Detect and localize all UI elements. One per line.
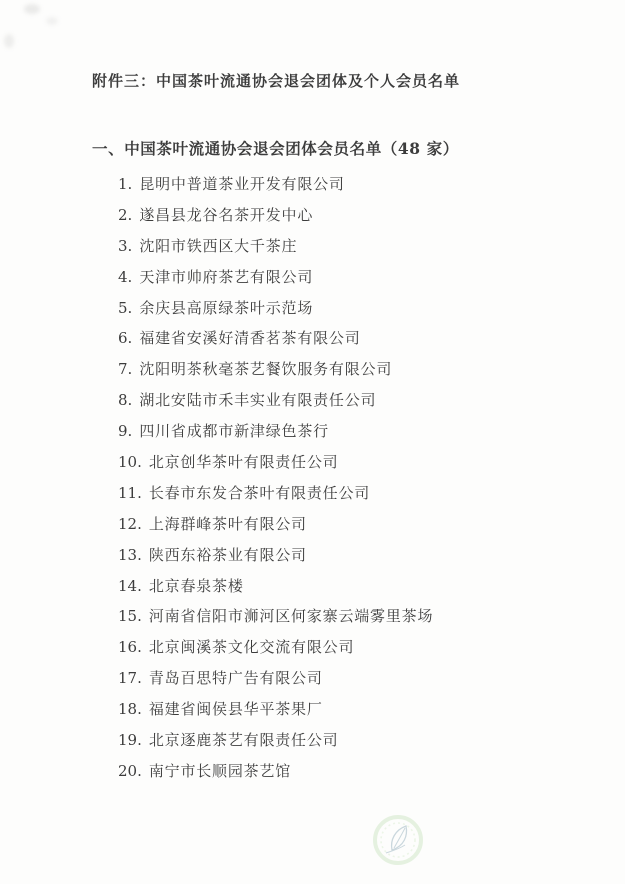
member-number: 10. bbox=[118, 453, 142, 471]
member-number: 13. bbox=[118, 546, 142, 564]
member-number: 20. bbox=[118, 762, 142, 780]
member-number: 2. bbox=[118, 206, 132, 224]
member-name: 上海群峰茶叶有限公司 bbox=[149, 515, 307, 533]
member-row: 4.天津市帅府茶艺有限公司 bbox=[118, 262, 433, 293]
member-row: 9.四川省成都市新津绿色茶行 bbox=[118, 416, 433, 447]
member-row: 7.沈阳明茶秋毫茶艺餐饮服务有限公司 bbox=[118, 354, 433, 385]
member-name: 陕西东裕茶业有限公司 bbox=[149, 546, 307, 564]
member-row: 8.湖北安陆市禾丰实业有限责任公司 bbox=[118, 385, 433, 416]
member-number: 9. bbox=[118, 422, 132, 440]
member-name: 北京春泉茶楼 bbox=[149, 577, 244, 595]
tea-leaf-stamp-icon bbox=[371, 813, 425, 867]
document-title: 附件三：中国茶叶流通协会退会团体及个人会员名单 bbox=[92, 70, 460, 91]
member-row: 6.福建省安溪好清香茗茶有限公司 bbox=[118, 323, 433, 354]
member-name: 福建省闽侯县华平茶果厂 bbox=[149, 700, 323, 718]
member-name: 南宁市长顺园茶艺馆 bbox=[149, 762, 291, 780]
scan-smudge bbox=[24, 4, 40, 14]
member-number: 6. bbox=[118, 329, 132, 347]
member-name: 北京创华茶叶有限责任公司 bbox=[149, 453, 339, 471]
section-heading: 一、中国茶叶流通协会退会团体会员名单（48 家） bbox=[92, 137, 459, 159]
member-row: 5.余庆县高原绿茶叶示范场 bbox=[118, 293, 433, 324]
member-row: 12.上海群峰茶叶有限公司 bbox=[118, 509, 433, 540]
member-row: 20.南宁市长顺园茶艺馆 bbox=[118, 756, 433, 787]
member-number: 14. bbox=[118, 577, 142, 595]
member-name: 余庆县高原绿茶叶示范场 bbox=[139, 299, 313, 317]
member-name: 福建省安溪好清香茗茶有限公司 bbox=[139, 329, 360, 347]
member-name: 天津市帅府茶艺有限公司 bbox=[139, 268, 313, 286]
scan-smudge bbox=[4, 34, 14, 48]
member-number: 8. bbox=[118, 391, 132, 409]
member-name: 四川省成都市新津绿色茶行 bbox=[139, 422, 329, 440]
member-name: 遂昌县龙谷名茶开发中心 bbox=[139, 206, 313, 224]
member-row: 1.昆明中普道茶业开发有限公司 bbox=[118, 169, 433, 200]
member-name: 湖北安陆市禾丰实业有限责任公司 bbox=[139, 391, 376, 409]
member-row: 19.北京逐鹿茶艺有限责任公司 bbox=[118, 725, 433, 756]
member-number: 3. bbox=[118, 237, 132, 255]
member-row: 16.北京闽溪茶文化交流有限公司 bbox=[118, 632, 433, 663]
member-name: 青岛百思特广告有限公司 bbox=[149, 669, 323, 687]
member-row: 2.遂昌县龙谷名茶开发中心 bbox=[118, 200, 433, 231]
member-list: 1.昆明中普道茶业开发有限公司 2.遂昌县龙谷名茶开发中心 3.沈阳市铁西区大千… bbox=[118, 169, 433, 787]
member-name: 昆明中普道茶业开发有限公司 bbox=[139, 175, 344, 193]
member-number: 18. bbox=[118, 700, 142, 718]
leaf-vein bbox=[394, 828, 405, 848]
member-number: 17. bbox=[118, 669, 142, 687]
member-number: 1. bbox=[118, 175, 132, 193]
member-number: 5. bbox=[118, 299, 132, 317]
member-row: 13.陕西东裕茶业有限公司 bbox=[118, 540, 433, 571]
member-number: 15. bbox=[118, 607, 142, 625]
member-row: 18.福建省闽侯县华平茶果厂 bbox=[118, 694, 433, 725]
member-number: 11. bbox=[118, 484, 142, 502]
member-row: 3.沈阳市铁西区大千茶庄 bbox=[118, 231, 433, 262]
member-name: 长春市东发合茶叶有限责任公司 bbox=[149, 484, 370, 502]
member-row: 11.长春市东发合茶叶有限责任公司 bbox=[118, 478, 433, 509]
member-row: 17.青岛百思特广告有限公司 bbox=[118, 663, 433, 694]
document-page: 附件三：中国茶叶流通协会退会团体及个人会员名单 一、中国茶叶流通协会退会团体会员… bbox=[0, 0, 625, 884]
member-row: 14.北京春泉茶楼 bbox=[118, 571, 433, 602]
member-name: 北京闽溪茶文化交流有限公司 bbox=[149, 638, 354, 656]
member-number: 12. bbox=[118, 515, 142, 533]
member-row: 10.北京创华茶叶有限责任公司 bbox=[118, 447, 433, 478]
member-number: 7. bbox=[118, 360, 132, 378]
member-name: 北京逐鹿茶艺有限责任公司 bbox=[149, 731, 339, 749]
member-number: 19. bbox=[118, 731, 142, 749]
member-name: 沈阳明茶秋毫茶艺餐饮服务有限公司 bbox=[139, 360, 392, 378]
scan-smudge bbox=[46, 17, 58, 25]
member-number: 4. bbox=[118, 268, 132, 286]
member-number: 16. bbox=[118, 638, 142, 656]
member-row: 15.河南省信阳市浉河区何家寨云端雾里茶场 bbox=[118, 601, 433, 632]
member-name: 沈阳市铁西区大千茶庄 bbox=[139, 237, 297, 255]
member-name: 河南省信阳市浉河区何家寨云端雾里茶场 bbox=[149, 607, 433, 625]
